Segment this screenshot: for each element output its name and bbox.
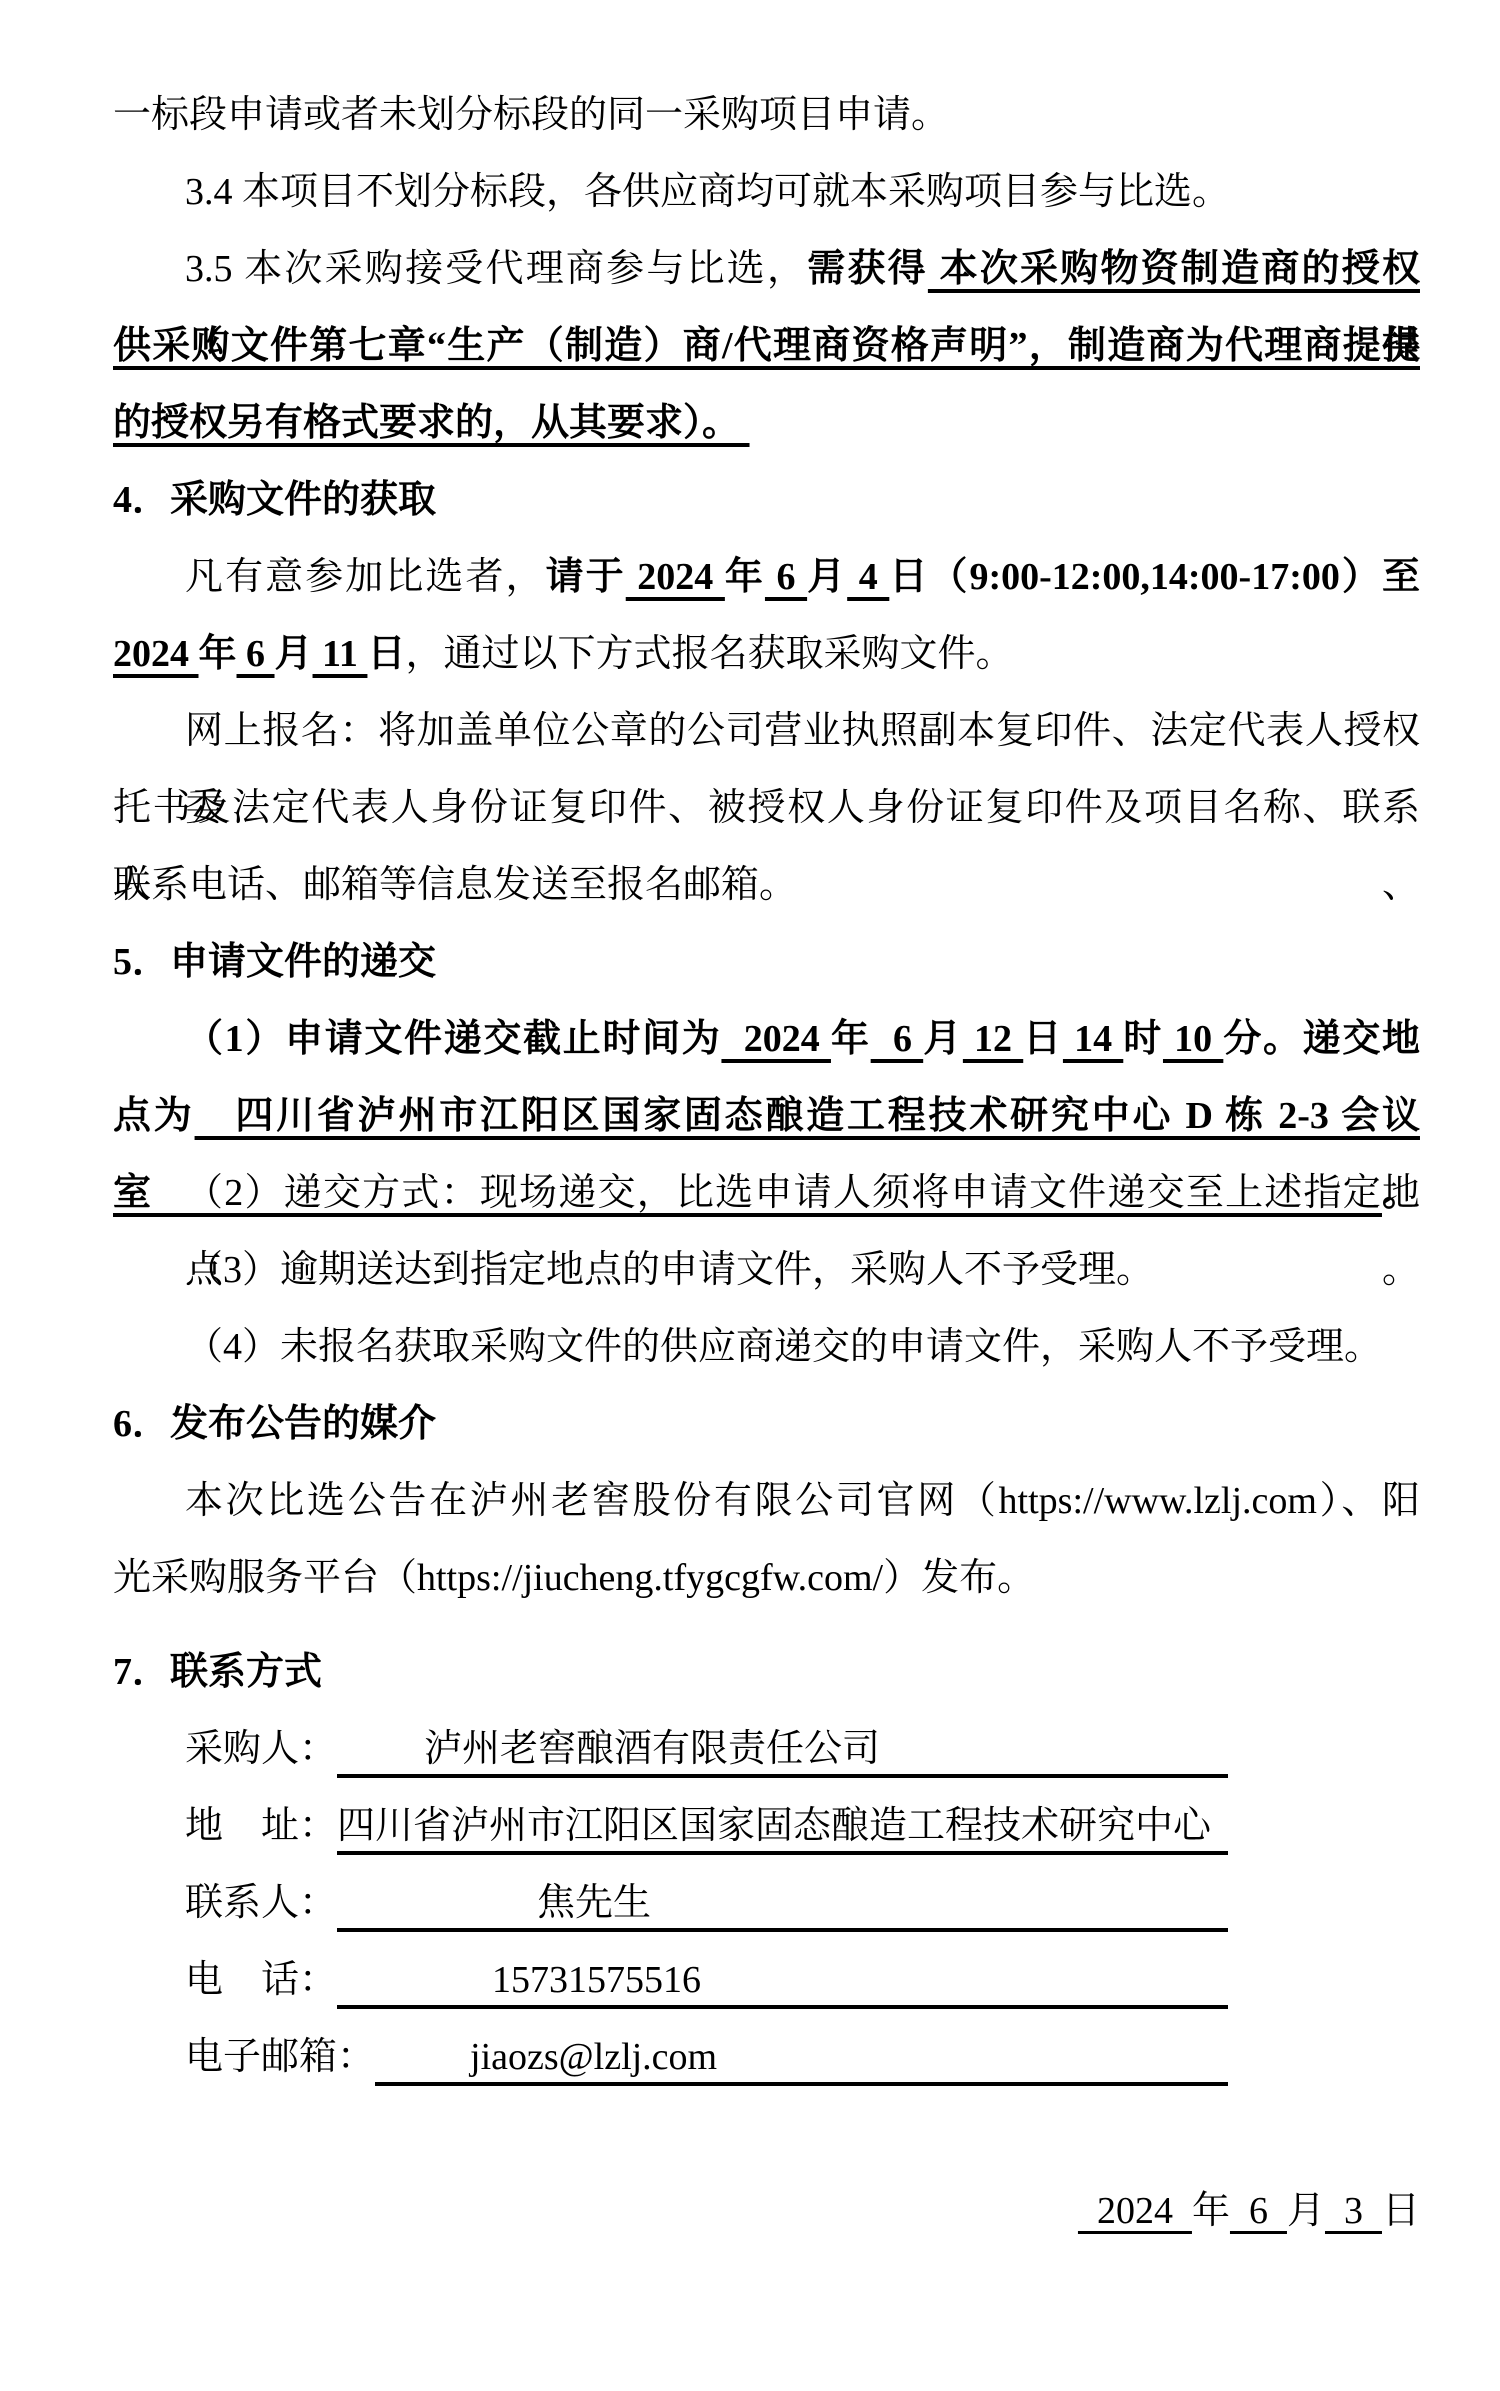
text-segment: 日 bbox=[1382, 2190, 1420, 2232]
field-value: 焦先生 bbox=[337, 1865, 1228, 1942]
field-value-text: 四川省泸州市江阳区国家固态酿造工程技术研究中心 bbox=[337, 1805, 1211, 1847]
text-segment: 2024 bbox=[721, 1018, 831, 1060]
text-segment: 3 bbox=[1325, 2190, 1382, 2232]
text-segment: 日（9:00-12:00,14:00-17:00）至 bbox=[889, 556, 1420, 598]
field-value-text: 泸州老窖酿酒有限责任公司 bbox=[337, 1728, 880, 1770]
paragraph-line: （2）递交方式：现场递交，比选申请人须将申请文件递交至上述指定地点。 bbox=[113, 1155, 1420, 1232]
field-value-text: 焦先生 bbox=[337, 1882, 651, 1924]
contact-field-row: 地 址：四川省泸州市江阳区国家固态酿造工程技术研究中心 bbox=[113, 1788, 1420, 1865]
text-segment: 日 bbox=[1023, 1018, 1063, 1060]
document-page: 一标段申请或者未划分标段的同一采购项目申请。3.4 本项目不划分标段，各供应商均… bbox=[0, 0, 1500, 2391]
text-segment: 供采购文件第七章“生产（制造）商/代理商资格声明”，制造商为代理商提供 bbox=[113, 325, 1420, 367]
section-heading: 6．发布公告的媒介 bbox=[113, 1386, 1420, 1463]
text-segment: 的授权另有格式要求的，从其要求）。 bbox=[113, 402, 750, 444]
text-segment: 点为 bbox=[113, 1095, 195, 1137]
text-segment: 光采购服务平台（https://jiucheng.tfygcgfw.com/）发… bbox=[113, 1557, 1035, 1599]
text-segment: 凡有意参加比选者， bbox=[185, 556, 546, 598]
paragraph-line: 3.5 本次采购接受代理商参与比选，需获得 本次采购物资制造商的授权（提 bbox=[113, 231, 1420, 308]
paragraph-line: （1）申请文件递交截止时间为 2024 年 6 月 12 日 14 时 10 分… bbox=[113, 1001, 1420, 1078]
field-value: 泸州老窖酿酒有限责任公司 bbox=[337, 1711, 1228, 1788]
paragraph-line: 供采购文件第七章“生产（制造）商/代理商资格声明”，制造商为代理商提供 bbox=[113, 308, 1420, 385]
text-segment: 月 bbox=[275, 633, 313, 675]
text-segment: 3.5 本次采购接受代理商参与比选， bbox=[185, 248, 807, 290]
text-segment: 一标段申请或者未划分标段的同一采购项目申请。 bbox=[113, 94, 949, 136]
text-segment: （3）逾期送达到指定地点的申请文件，采购人不予受理。 bbox=[185, 1249, 1154, 1291]
paragraph-line: 3.4 本项目不划分标段，各供应商均可就本采购项目参与比选。 bbox=[113, 154, 1420, 231]
text-segment: 12 bbox=[963, 1018, 1023, 1060]
field-value-text: jiaozs@lzlj.com bbox=[375, 2036, 717, 2078]
text-segment: 联系电话、邮箱等信息发送至报名邮箱。 bbox=[113, 864, 797, 906]
paragraph-line: 的授权另有格式要求的，从其要求）。 bbox=[113, 385, 1420, 462]
paragraph-line: 点为 四川省泸州市江阳区国家固态酿造工程技术研究中心 D 栋 2-3 会议室 。 bbox=[113, 1078, 1420, 1155]
text-segment: 月 bbox=[807, 556, 847, 598]
field-value-text: 15731575516 bbox=[337, 1959, 701, 2001]
text-segment: 2024 bbox=[1078, 2190, 1192, 2232]
text-segment: 年 bbox=[1192, 2190, 1230, 2232]
text-segment: 6．发布公告的媒介 bbox=[113, 1403, 436, 1445]
text-segment: 10 bbox=[1163, 1018, 1223, 1060]
paragraph-line: 凡有意参加比选者，请于 2024 年 6 月 4 日（9:00-12:00,14… bbox=[113, 539, 1420, 616]
text-segment: 4 bbox=[847, 556, 889, 598]
text-segment: 月 bbox=[1287, 2190, 1325, 2232]
text-segment: （4）未报名获取采购文件的供应商递交的申请文件，采购人不予受理。 bbox=[185, 1326, 1382, 1368]
paragraph-line: 托书及法定代表人身份证复印件、被授权人身份证复印件及项目名称、联系人、 bbox=[113, 770, 1420, 847]
text-segment: 年 bbox=[831, 1018, 871, 1060]
field-value: jiaozs@lzlj.com bbox=[375, 2019, 1228, 2096]
section-heading: 4．采购文件的获取 bbox=[113, 462, 1420, 539]
field-label: 电 话： bbox=[185, 1942, 337, 2019]
text-segment: 6 bbox=[871, 1018, 924, 1060]
paragraph-line: （4）未报名获取采购文件的供应商递交的申请文件，采购人不予受理。 bbox=[113, 1309, 1420, 1386]
text-segment: 3.4 本项目不划分标段，各供应商均可就本采购项目参与比选。 bbox=[185, 171, 1230, 213]
text-segment: 2024 bbox=[113, 633, 199, 675]
text-segment: 2024 bbox=[626, 556, 725, 598]
text-segment: 4．采购文件的获取 bbox=[113, 479, 436, 521]
text-segment: 11 bbox=[313, 633, 368, 675]
text-segment: 年 bbox=[199, 633, 237, 675]
contact-field-row: 采购人：泸州老窖酿酒有限责任公司 bbox=[113, 1711, 1420, 1788]
document-body: 一标段申请或者未划分标段的同一采购项目申请。3.4 本项目不划分标段，各供应商均… bbox=[113, 0, 1420, 2250]
text-segment: 时 bbox=[1123, 1018, 1163, 1060]
field-label: 电子邮箱： bbox=[185, 2019, 375, 2096]
paragraph-line: 网上报名：将加盖单位公章的公司营业执照副本复印件、法定代表人授权委 bbox=[113, 693, 1420, 770]
contact-field-row: 电 话：15731575516 bbox=[113, 1942, 1420, 2019]
text-segment: 分。递交地 bbox=[1223, 1018, 1420, 1060]
text-segment: 5．申请文件的递交 bbox=[113, 941, 436, 983]
field-value: 四川省泸州市江阳区国家固态酿造工程技术研究中心 bbox=[337, 1788, 1228, 1865]
paragraph-line: 本次比选公告在泸州老窖股份有限公司官网（https://www.lzlj.com… bbox=[113, 1463, 1420, 1540]
field-label: 采购人： bbox=[185, 1711, 337, 1788]
paragraph-line: 2024 年 6 月 11 日，通过以下方式报名获取采购文件。 bbox=[113, 616, 1420, 693]
text-segment: 6 bbox=[1230, 2190, 1287, 2232]
contact-field-row: 电子邮箱：jiaozs@lzlj.com bbox=[113, 2019, 1420, 2096]
date-line: 2024 年 6 月 3 日 bbox=[113, 2173, 1420, 2250]
section-heading: 5．申请文件的递交 bbox=[113, 924, 1420, 1001]
text-segment: 月 bbox=[923, 1018, 963, 1060]
text-segment: 6 bbox=[237, 633, 275, 675]
contact-field-row: 联系人：焦先生 bbox=[113, 1865, 1420, 1942]
field-value: 15731575516 bbox=[337, 1942, 1228, 2019]
text-segment: 6 bbox=[765, 556, 807, 598]
text-segment: 年 bbox=[725, 556, 765, 598]
field-label: 地 址： bbox=[185, 1788, 337, 1865]
field-label: 联系人： bbox=[185, 1865, 337, 1942]
text-segment: 日 bbox=[367, 633, 405, 675]
text-segment: （1）申请文件递交截止时间为 bbox=[185, 1018, 721, 1060]
section-heading: 7．联系方式 bbox=[113, 1634, 1420, 1711]
paragraph-line: 一标段申请或者未划分标段的同一采购项目申请。 bbox=[113, 77, 1420, 154]
text-segment: 请于 bbox=[546, 556, 626, 598]
text-segment: ，通过以下方式报名获取采购文件。 bbox=[405, 633, 1013, 675]
paragraph-line: 光采购服务平台（https://jiucheng.tfygcgfw.com/）发… bbox=[113, 1540, 1420, 1617]
text-segment: 需获得 bbox=[807, 248, 928, 290]
text-segment: 7．联系方式 bbox=[113, 1651, 322, 1693]
text-segment: 14 bbox=[1063, 1018, 1123, 1060]
text-segment: 本次比选公告在泸州老窖股份有限公司官网（https://www.lzlj.com… bbox=[185, 1480, 1420, 1522]
